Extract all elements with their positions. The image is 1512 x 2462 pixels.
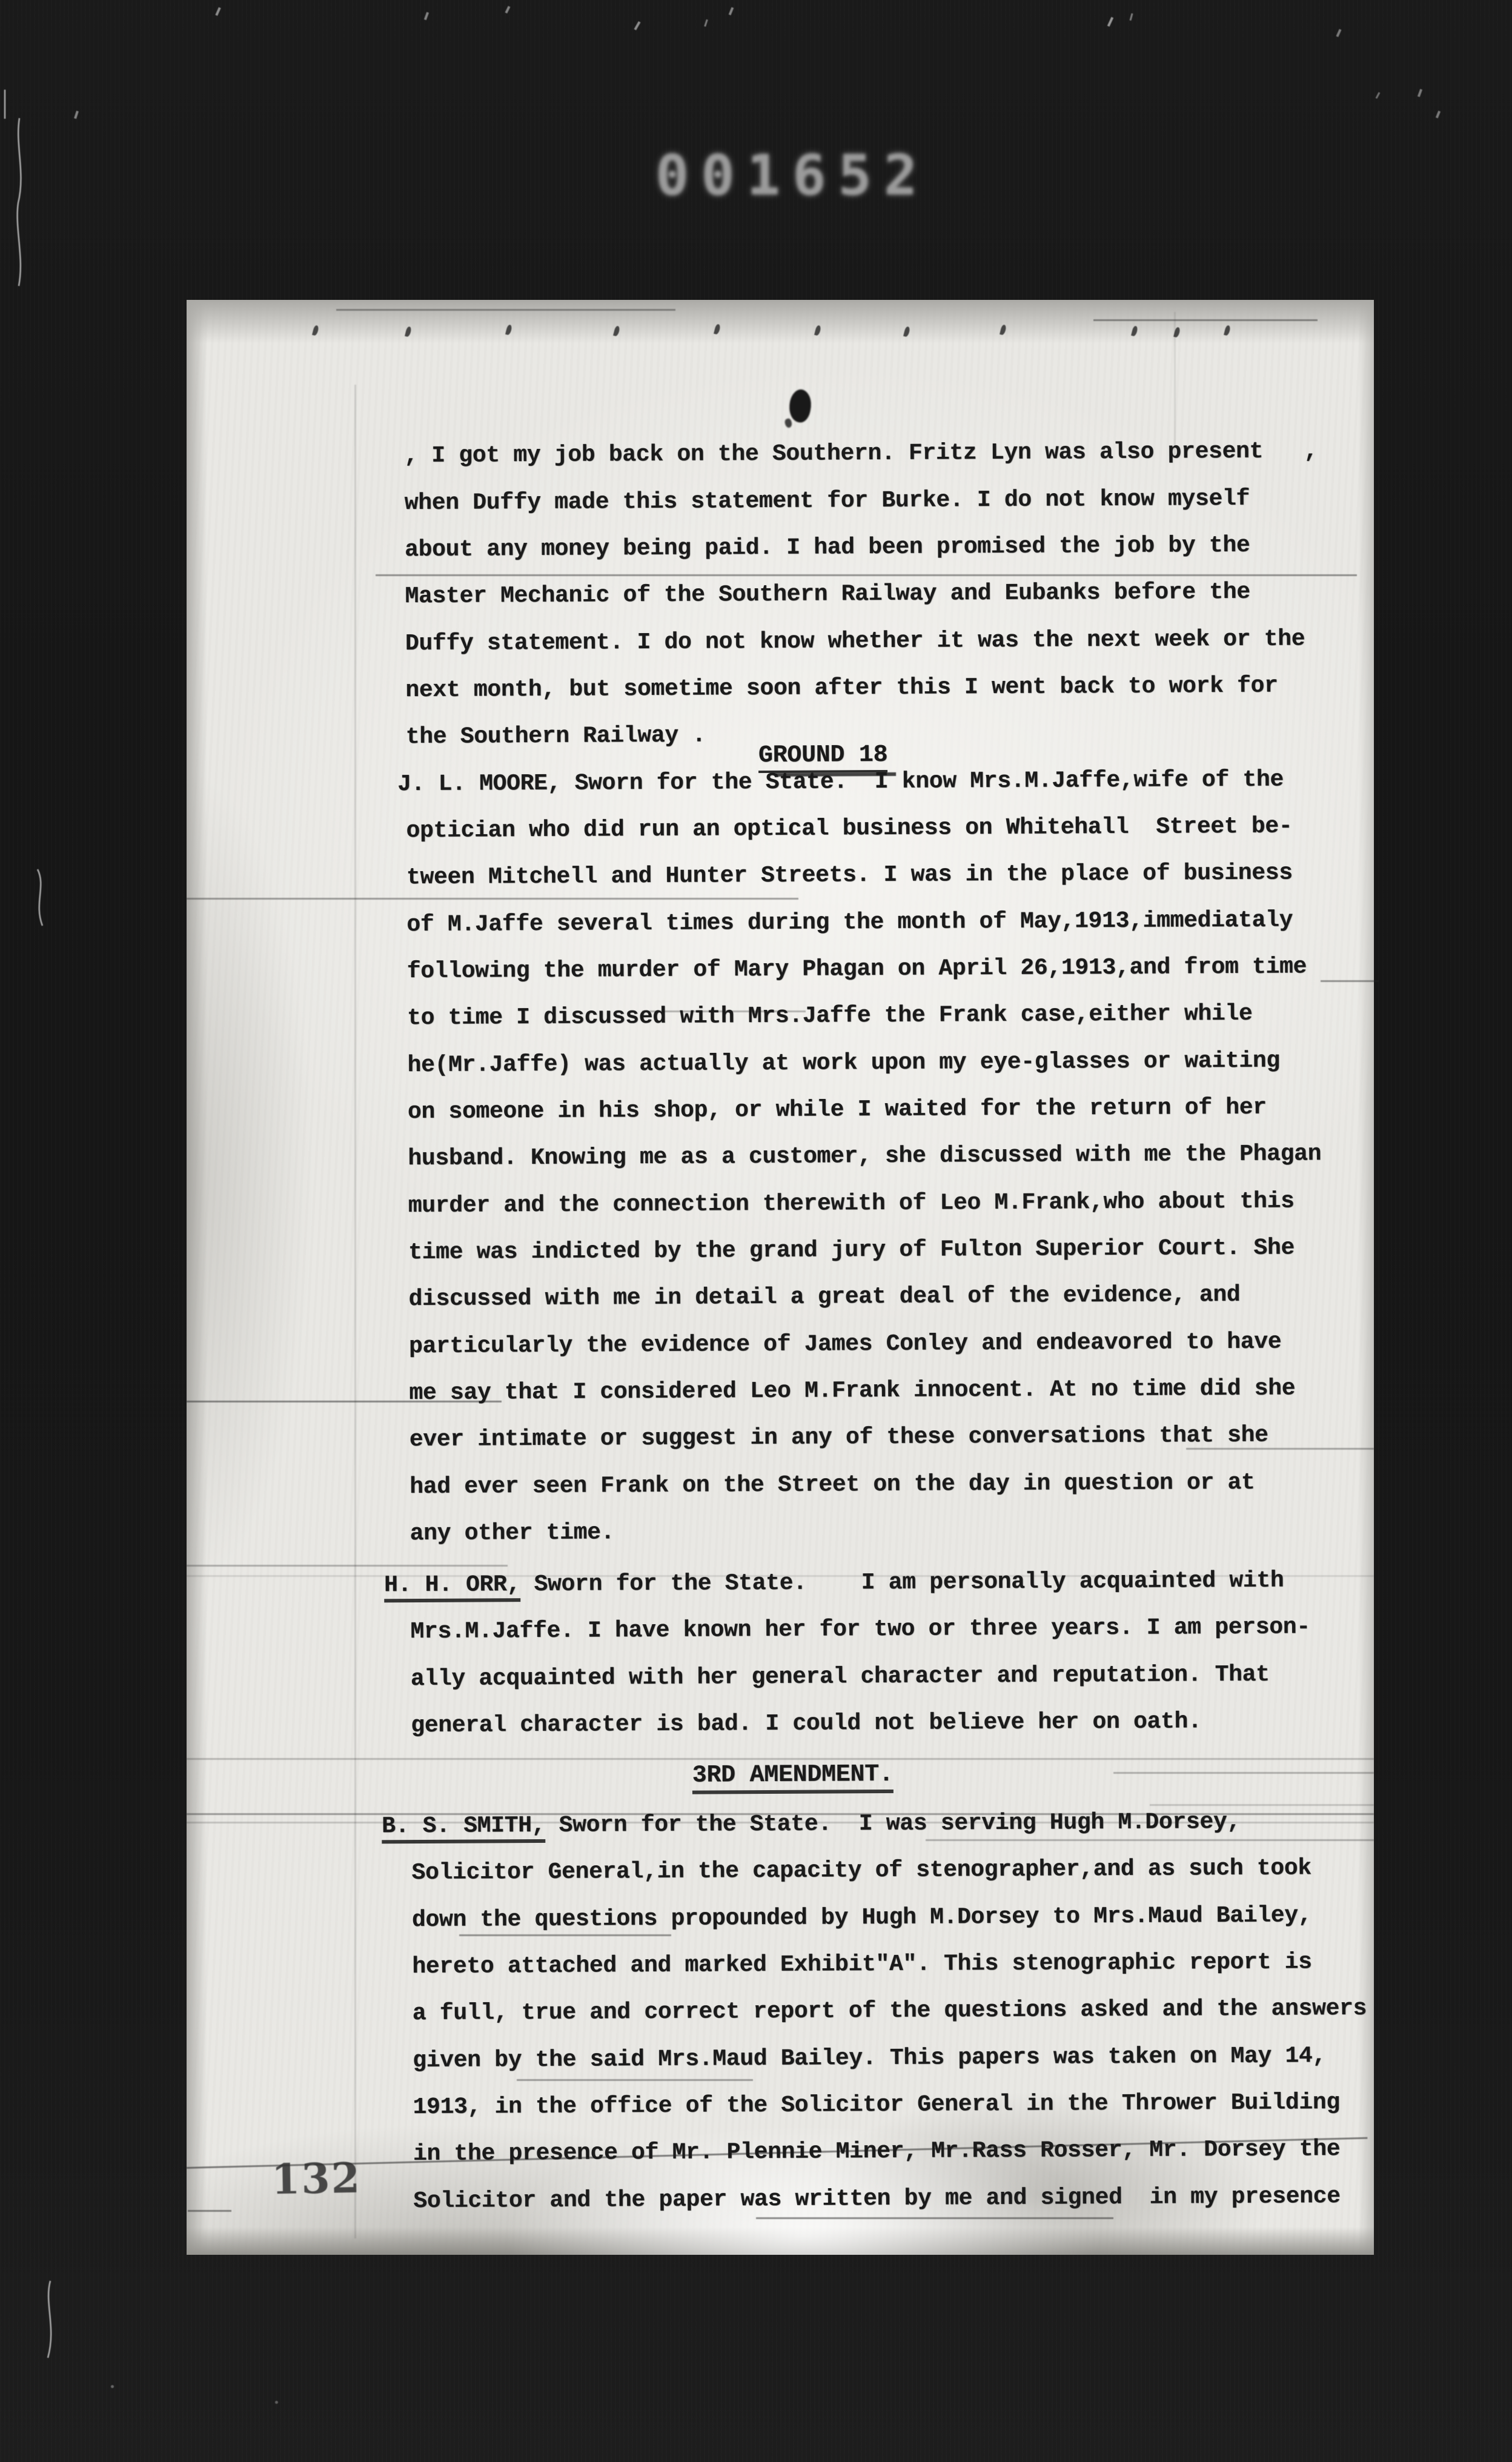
- document-line: B. S. SMITH, Sworn for the State. I was …: [382, 1809, 1241, 1839]
- document-line: Master Mechanic of the Southern Railway …: [405, 579, 1250, 609]
- document-line: optician who did run an optical business…: [406, 813, 1292, 844]
- typewritten-text: , I got my job back on the Southern. Fri…: [187, 294, 1384, 2255]
- document-line: following the murder of Mary Phagan on A…: [407, 954, 1307, 984]
- document-line: had ever seen Frank on the Street on the…: [409, 1470, 1255, 1500]
- document-line: discussed with me in detail a great deal…: [409, 1282, 1241, 1312]
- document-line: me say that I considered Leo M.Frank inn…: [409, 1375, 1295, 1406]
- document-line: hereto attached and marked Exhibit"A". T…: [412, 1949, 1311, 1980]
- document-line: he(Mr.Jaffe) was actually at work upon m…: [408, 1048, 1280, 1079]
- document-line: tween Mitchell and Hunter Streets. I was…: [406, 860, 1293, 891]
- document-line: ever intimate or suggest in any of these…: [409, 1422, 1268, 1453]
- microfilm-scan: 001652: [0, 0, 1512, 2462]
- document-line: particularly the evidence of James Conle…: [409, 1329, 1281, 1360]
- document-line: husband. Knowing me as a customer, she d…: [408, 1141, 1321, 1172]
- document-line: time was indicted by the grand jury of F…: [408, 1235, 1295, 1266]
- document-line: J. L. MOORE, Sworn for the State. I know…: [397, 767, 1284, 798]
- document-line: a full, true and correct report of the q…: [413, 1996, 1367, 2026]
- document-line: given by the said Mrs.Maud Bailey. This …: [413, 2043, 1326, 2074]
- document-line: , I got my job back on the Southern. Fri…: [404, 438, 1318, 469]
- film-speck: [275, 2401, 278, 2404]
- document-line: of M.Jaffe several times during the mont…: [406, 907, 1293, 938]
- film-scratch: [38, 869, 42, 926]
- document-line: 1913, in the office of the Solicitor Gen…: [413, 2089, 1340, 2120]
- document-line: to time I discussed with Mrs.Jaffe the F…: [407, 1001, 1252, 1031]
- section-heading-ground: GROUND 18: [758, 742, 888, 769]
- document-line: Mrs.M.Jaffe. I have known her for two or…: [410, 1614, 1310, 1645]
- section-heading-amendment: 3RD AMENDMENT.: [692, 1761, 894, 1790]
- document-line: about any money being paid. I had been p…: [405, 533, 1250, 563]
- document-line: Solicitor and the paper was written by m…: [413, 2183, 1340, 2214]
- document-page: , I got my job back on the Southern. Fri…: [187, 300, 1374, 2255]
- document-line: in the presence of Mr. Plennie Miner, Mr…: [413, 2136, 1340, 2167]
- film-speck: [111, 2385, 114, 2388]
- document-line: murder and the connection therewith of L…: [408, 1188, 1295, 1219]
- document-line: on someone in his shop, or while I waite…: [408, 1095, 1267, 1125]
- document-line: H. H. ORR, Sworn for the State. I am per…: [384, 1568, 1284, 1599]
- document-line: Duffy statement. I do not know whether i…: [405, 626, 1305, 657]
- document-line: when Duffy made this statement for Burke…: [405, 486, 1250, 516]
- document-line: next month, but sometime soon after this…: [405, 673, 1278, 704]
- film-scratch: [48, 2281, 51, 2358]
- document-line: down the questions propounded by Hugh M.…: [412, 1902, 1311, 1933]
- film-scratch: [18, 118, 21, 286]
- document-line: any other time.: [410, 1519, 615, 1547]
- document-line: Solicitor General,in the capacity of ste…: [411, 1855, 1311, 1886]
- document-line: ally acquainted with her general charact…: [411, 1662, 1270, 1692]
- document-line: the Southern Railway .: [406, 723, 706, 751]
- page-number: 132: [271, 2154, 361, 2205]
- document-line: general character is bad. I could not be…: [411, 1708, 1201, 1739]
